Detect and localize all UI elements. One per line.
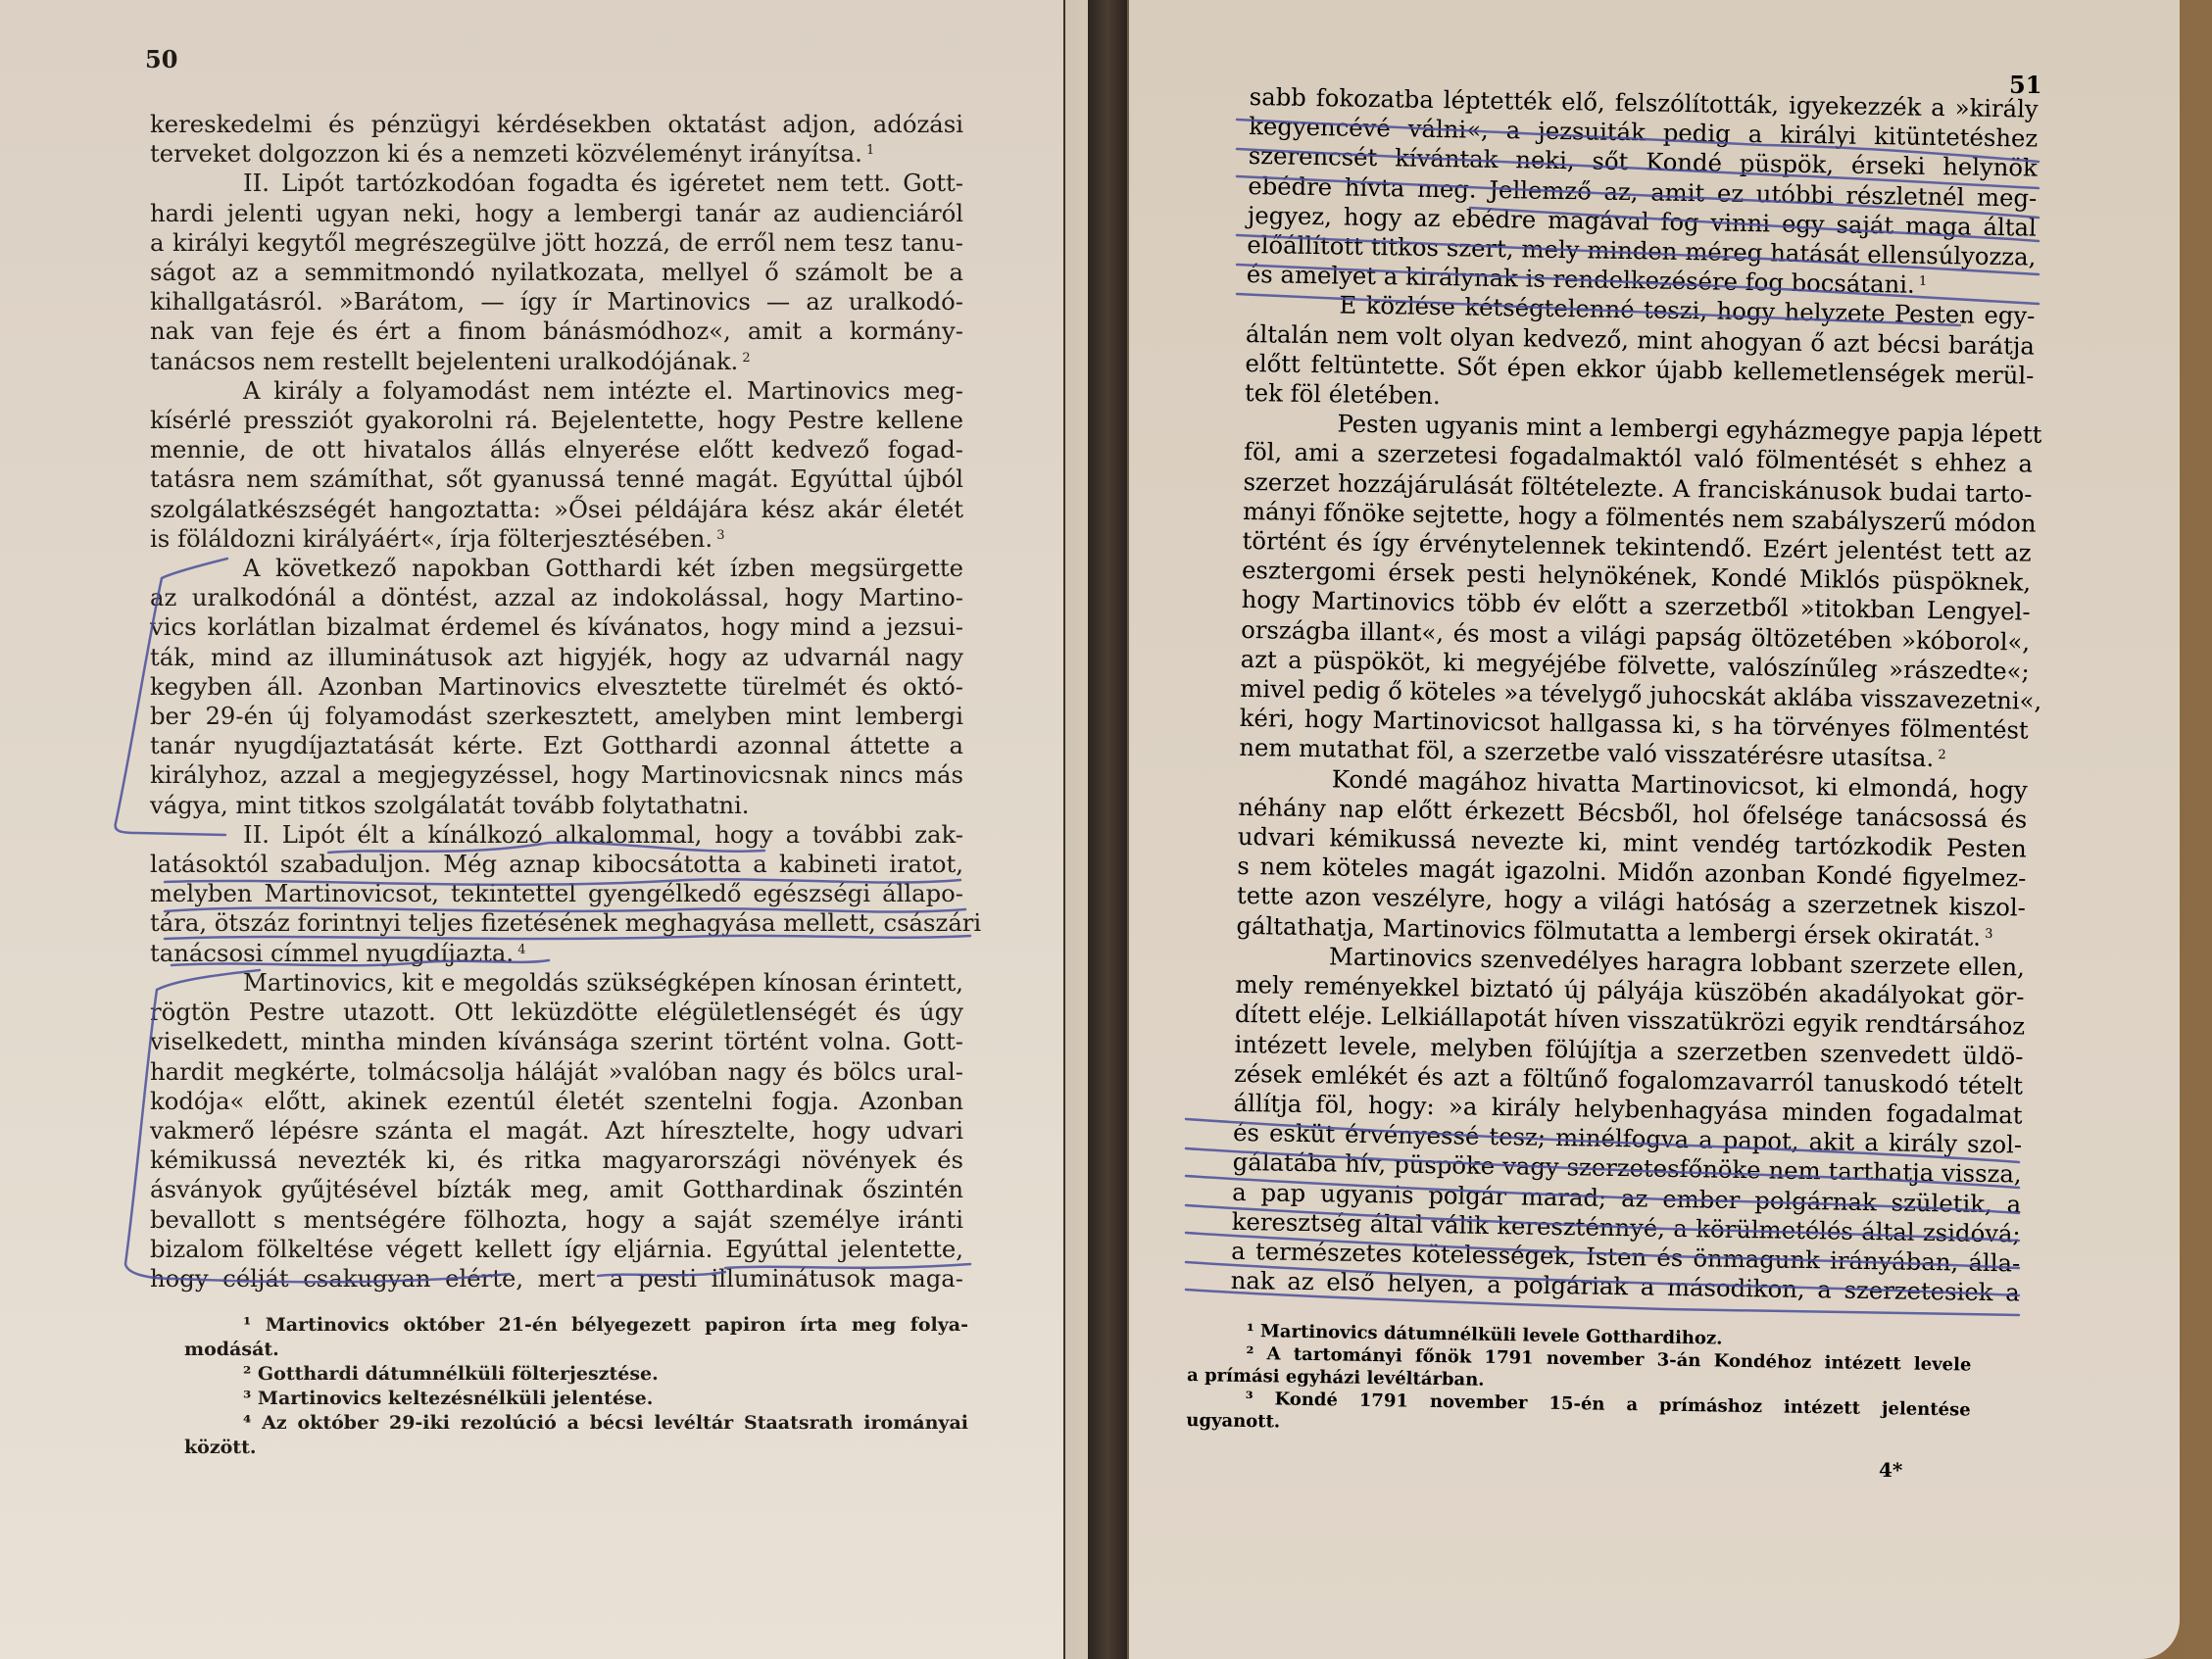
- footnote-marker: 4: [514, 943, 525, 957]
- right-page-body-text: sabb fokozatba léptették elő, felszólíto…: [1231, 82, 2039, 1308]
- text-line-text: II. Lipót tartózkodóan fogadta és igéret…: [243, 169, 963, 197]
- left-page-body-text: kereskedelmi és pénzügyi kérdésekben okt…: [150, 110, 963, 1293]
- text-line: kegyben áll. Azonban Martinovics elveszt…: [150, 672, 963, 702]
- text-line-text: A következő napokban Gotthardi két ízben…: [243, 554, 963, 582]
- text-line-text: kereskedelmi és pénzügyi kérdésekben okt…: [150, 110, 963, 138]
- footnote-line-text: ⁴ Az október 29-iki rezolúció a bécsi le…: [243, 1412, 968, 1434]
- text-line-text: terveket dolgozzon ki és a nemzeti közvé…: [150, 139, 862, 168]
- footnote-line: ² Gotthardi dátumnélküli fölterjesztése.: [184, 1362, 968, 1387]
- text-line: latásoktól szabaduljon. Még aznap kibocs…: [150, 850, 963, 879]
- text-line-text: kísérlé pressziót gyakorolni rá. Bejelen…: [150, 406, 963, 434]
- text-line: tanár nyugdíjaztatását kérte. Ezt Gottha…: [150, 731, 963, 760]
- text-line: II. Lipót élt a kínálkozó alkalommal, ho…: [150, 820, 963, 850]
- text-line: kihallgatásról. »Barátom, — így ír Marti…: [150, 287, 963, 317]
- text-line: tanácsosi címmel nyugdíjazta. 4: [150, 939, 963, 968]
- book-spine: [1088, 0, 1127, 1659]
- text-line: A király a folyamodást nem intézte el. M…: [150, 376, 963, 406]
- text-line-text: tanár nyugdíjaztatását kérte. Ezt Gottha…: [150, 731, 963, 759]
- text-line-text: tanácsosi címmel nyugdíjazta.: [150, 939, 514, 967]
- text-line: tatásra nem számíthat, sőt gyanussá tenn…: [150, 464, 963, 494]
- text-line-text: bizalom fölkeltése végett kellett így el…: [150, 1235, 963, 1263]
- text-line-text: kémikussá nevezték ki, és ritka magyaror…: [150, 1146, 963, 1174]
- text-line: kémikussá nevezték ki, és ritka magyaror…: [150, 1146, 963, 1175]
- text-line: kísérlé pressziót gyakorolni rá. Bejelen…: [150, 406, 963, 435]
- footnote-line-text: a prímási egyházi levéltárban.: [1187, 1365, 1485, 1391]
- footnote-line-text: ³ Martinovics keltezésnélküli jelentése.: [243, 1388, 653, 1409]
- text-line: is föláldozni királyáért«, írja fölterje…: [150, 524, 963, 554]
- footnote-line: modását.: [184, 1338, 968, 1362]
- text-line-text: szolgálatkészségét hangoztatta: »Ősei pé…: [150, 495, 963, 523]
- text-line-text: királyhoz, azzal a megjegyzéssel, hogy M…: [150, 760, 963, 789]
- text-line: ságot az a semmitmondó nyilatkozata, mel…: [150, 258, 963, 287]
- text-line: az uralkodónál a döntést, azzal az indok…: [150, 583, 963, 612]
- text-line: II. Lipót tartózkodóan fogadta és igéret…: [150, 169, 963, 198]
- text-line-text: tanácsos nem restellt bejelenteni uralko…: [150, 347, 738, 375]
- footnote-line: ⁴ Az október 29-iki rezolúció a bécsi le…: [184, 1411, 968, 1436]
- text-line: vakmerő lépésre szánta el magát. Azt hír…: [150, 1116, 963, 1146]
- text-line: melyben Martinovicsot, tekintettel gyeng…: [150, 879, 963, 908]
- footnote-line-text: ¹ Martinovics október 21-én bélyegezett …: [243, 1314, 968, 1336]
- text-line-text: hogy célját csakugyan elérte, mert a pes…: [150, 1264, 963, 1293]
- footnote-marker: 2: [1934, 749, 1946, 763]
- footnote-marker: 2: [738, 351, 750, 366]
- text-line: bizalom fölkeltése végett kellett így el…: [150, 1235, 963, 1264]
- page-number-left: 50: [145, 45, 177, 73]
- text-line-text: is föláldozni királyáért«, írja fölterje…: [150, 524, 713, 553]
- text-line: hardit megkérte, tolmácsolja háláját »va…: [150, 1057, 963, 1087]
- text-line-text: bevallott s mentségére fölhozta, hogy a …: [150, 1205, 963, 1234]
- text-line-text: A király a folyamodást nem intézte el. M…: [243, 376, 963, 405]
- text-line: viselkedett, mintha minden kívánsága sze…: [150, 1027, 963, 1056]
- text-line-text: a királyi kegytől megrészegülve jött hoz…: [150, 228, 963, 257]
- text-line-text: hardi jelenti ugyan neki, hogy a lemberg…: [150, 199, 963, 227]
- text-line-text: tek föl életében.: [1245, 378, 1441, 410]
- text-line: hogy célját csakugyan elérte, mert a pes…: [150, 1264, 963, 1293]
- text-line-text: az uralkodónál a döntést, azzal az indok…: [150, 583, 963, 611]
- text-line-text: ságot az a semmitmondó nyilatkozata, mel…: [150, 258, 963, 286]
- footnote-marker: 3: [713, 528, 724, 543]
- text-line: rögtön Pestre utazott. Ott leküzdötte el…: [150, 998, 963, 1027]
- text-line-text: melyben Martinovicsot, tekintettel gyeng…: [150, 879, 963, 907]
- text-line: vágya, mint titkos szolgálatát tovább fo…: [150, 791, 963, 820]
- text-line-text: viselkedett, mintha minden kívánsága sze…: [150, 1027, 963, 1055]
- text-line: ásványok gyűjtésével bízták meg, amit Go…: [150, 1175, 963, 1204]
- footnote-line: ³ Martinovics keltezésnélküli jelentése.: [184, 1387, 968, 1411]
- text-line: mennie, de ott hivatalos állás elnyerése…: [150, 435, 963, 464]
- text-line: A következő napokban Gotthardi két ízben…: [150, 554, 963, 583]
- text-line-text: nak van feje és ért a finom bánásmódhoz«…: [150, 317, 963, 345]
- footnote-marker: 3: [1981, 927, 1993, 942]
- footnote-line-text: modását.: [184, 1339, 279, 1360]
- footnote-marker: 1: [1915, 274, 1928, 289]
- text-line-text: latásoktól szabaduljon. Még aznap kibocs…: [150, 850, 963, 878]
- text-line: kodója« előtt, akinek ezentúl életét sze…: [150, 1087, 963, 1116]
- right-page-footnotes: ¹ Martinovics dátumnélküli levele Gottha…: [1186, 1319, 1972, 1444]
- text-line-text: kegyben áll. Azonban Martinovics elveszt…: [150, 672, 963, 701]
- text-line-text: Martinovics, kit e megoldás szükségképen…: [243, 968, 963, 997]
- text-line: kereskedelmi és pénzügyi kérdésekben okt…: [150, 110, 963, 139]
- text-line: Martinovics, kit e megoldás szükségképen…: [150, 968, 963, 998]
- text-line: ták, mind az illuminátusok azt higyjék, …: [150, 643, 963, 672]
- signature-mark: 4*: [1879, 1458, 1902, 1482]
- footnote-line-text: ugyanott.: [1186, 1410, 1280, 1433]
- left-page-footnotes: ¹ Martinovics október 21-én bélyegezett …: [184, 1313, 968, 1460]
- text-line: tanácsos nem restellt bejelenteni uralko…: [150, 347, 963, 376]
- text-line-text: tatásra nem számíthat, sőt gyanussá tenn…: [150, 464, 963, 493]
- text-line-text: kihallgatásról. »Barátom, — így ír Marti…: [150, 287, 963, 316]
- text-line-text: kodója« előtt, akinek ezentúl életét sze…: [150, 1087, 963, 1115]
- text-line: bevallott s mentségére fölhozta, hogy a …: [150, 1205, 963, 1235]
- text-line: a királyi kegytől megrészegülve jött hoz…: [150, 228, 963, 258]
- footnote-marker: 1: [862, 143, 874, 158]
- text-line: ber 29-én új folyamodást szerkesztett, a…: [150, 702, 963, 731]
- text-line-text: ták, mind az illuminátusok azt higyjék, …: [150, 643, 963, 671]
- left-page: 50 kereskedelmi és pénzügyi kérdésekben …: [0, 0, 1100, 1659]
- text-line-text: vakmerő lépésre szánta el magát. Azt hír…: [150, 1116, 963, 1145]
- text-line-text: rögtön Pestre utazott. Ott leküzdötte el…: [150, 998, 963, 1026]
- text-line: királyhoz, azzal a megjegyzéssel, hogy M…: [150, 760, 963, 790]
- text-line: nak van feje és ért a finom bánásmódhoz«…: [150, 317, 963, 346]
- text-line: szolgálatkészségét hangoztatta: »Ősei pé…: [150, 495, 963, 524]
- text-line-text: II. Lipót élt a kínálkozó alkalommal, ho…: [243, 820, 963, 849]
- text-line: hardi jelenti ugyan neki, hogy a lemberg…: [150, 199, 963, 228]
- footnote-line: között.: [184, 1436, 968, 1460]
- text-line-text: vágya, mint titkos szolgálatát tovább fo…: [150, 791, 750, 819]
- text-line-text: mennie, de ott hivatalos állás elnyerése…: [150, 435, 963, 464]
- text-line-text: tára, ötszáz forintnyi teljes fizetéséne…: [150, 908, 981, 937]
- text-line-text: vics korlátlan bizalmat érdemel és kíván…: [150, 612, 963, 641]
- text-line-text: ásványok gyűjtésével bízták meg, amit Go…: [150, 1175, 963, 1203]
- text-line: tára, ötszáz forintnyi teljes fizetéséne…: [150, 908, 963, 938]
- footnote-line-text: között.: [184, 1437, 256, 1458]
- text-line-text: hardit megkérte, tolmácsolja háláját »va…: [150, 1057, 963, 1086]
- footnote-line: ¹ Martinovics október 21-én bélyegezett …: [184, 1313, 968, 1338]
- text-line: terveket dolgozzon ki és a nemzeti közvé…: [150, 139, 963, 169]
- text-line-text: ber 29-én új folyamodást szerkesztett, a…: [150, 702, 963, 730]
- footnote-line-text: ² Gotthardi dátumnélküli fölterjesztése.: [243, 1363, 659, 1385]
- text-line: vics korlátlan bizalmat érdemel és kíván…: [150, 612, 963, 642]
